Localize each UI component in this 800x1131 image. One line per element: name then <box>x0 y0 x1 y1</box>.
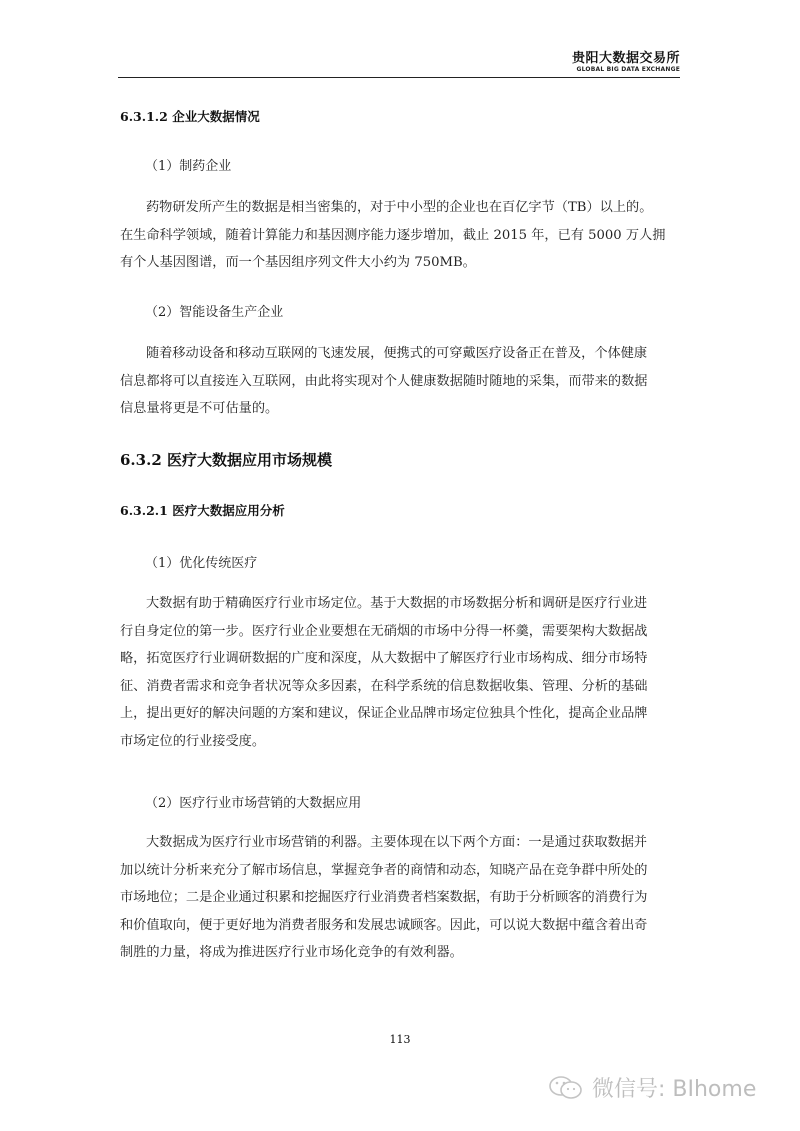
paragraph-line: 和价值取向，便于更好地为消费者服务和发展忠诚顾客。因此，可以说大数据中蕴含着出奇 <box>120 912 680 940</box>
wechat-icon <box>548 1075 584 1101</box>
heading-6-3-2: 6.3.2 医疗大数据应用市场规模 <box>120 449 332 470</box>
paragraph-line: 行自身定位的第一步。医疗行业企业要想在无硝烟的市场中分得一杯羹，需要架构大数据战 <box>120 618 680 646</box>
header-divider <box>118 77 680 78</box>
item-pharma-label: （1）制药企业 <box>145 155 231 174</box>
item-optimize-label: （1）优化传统医疗 <box>145 552 257 571</box>
item-smart-device-label: （2）智能设备生产企业 <box>145 301 283 320</box>
paragraph-line: 加以统计分析来充分了解市场信息，掌握竞争者的商情和动态，知晓产品在竞争群中所处的 <box>120 857 680 885</box>
paragraph-line: 信息都将可以直接连入互联网，由此将实现对个人健康数据随时随地的采集，而带来的数据 <box>120 368 680 396</box>
paragraph-smart-device: 随着移动设备和移动互联网的飞速发展，便携式的可穿戴医疗设备正在普及，个体健康 信… <box>120 340 680 423</box>
logo-chinese-name: 贵阳大数据交易所 <box>572 52 680 66</box>
heading-6-3-1-2: 6.3.1.2 企业大数据情况 <box>120 107 260 125</box>
paragraph-line: 市场地位；二是企业通过积累和挖掘医疗行业消费者档案数据，有助于分析顾客的消费行为 <box>120 884 680 912</box>
paragraph-line: 征、消费者需求和竞争者状况等众多因素，在科学系统的信息数据收集、管理、分析的基础 <box>120 673 680 701</box>
paragraph-line: 制胜的力量，将成为推进医疗行业市场化竞争的有效利器。 <box>120 939 680 967</box>
paragraph-marketing: 大数据成为医疗行业市场营销的利器。主要体现在以下两个方面：一是通过获取数据并 加… <box>120 829 680 967</box>
paragraph-optimize: 大数据有助于精确医疗行业市场定位。基于大数据的市场数据分析和调研是医疗行业进 行… <box>120 590 680 755</box>
paragraph-pharma: 药物研发所产生的数据是相当密集的，对于中小型的企业也在百亿字节（TB）以上的。 … <box>120 194 680 277</box>
paragraph-line: 在生命科学领域，随着计算能力和基因测序能力逐步增加，截止 2015 年，已有 5… <box>120 222 680 250</box>
paragraph-line: 略，拓宽医疗行业调研数据的广度和深度，从大数据中了解医疗行业市场构成、细分市场特 <box>120 645 680 673</box>
watermark-text: 微信号: BIhome <box>592 1072 756 1103</box>
page-number: 113 <box>0 1033 800 1046</box>
paragraph-line: 信息量将更是不可估量的。 <box>120 395 680 423</box>
paragraph-line: 上，提出更好的解决问题的方案和建议，保证企业品牌市场定位独具个性化，提高企业品牌 <box>120 700 680 728</box>
heading-6-3-2-1: 6.3.2.1 医疗大数据应用分析 <box>120 501 285 519</box>
paragraph-line: 有个人基因图谱，而一个基因组序列文件大小约为 750MB。 <box>120 249 680 277</box>
paragraph-line: 随着移动设备和移动互联网的飞速发展，便携式的可穿戴医疗设备正在普及，个体健康 <box>120 340 680 368</box>
paragraph-line: 大数据有助于精确医疗行业市场定位。基于大数据的市场数据分析和调研是医疗行业进 <box>120 590 680 618</box>
paragraph-line: 药物研发所产生的数据是相当密集的，对于中小型的企业也在百亿字节（TB）以上的。 <box>120 194 680 222</box>
exchange-logo: 贵阳大数据交易所 GLOBAL BIG DATA EXCHANGE <box>572 52 680 74</box>
wechat-watermark: 微信号: BIhome <box>548 1072 756 1103</box>
paragraph-line: 大数据成为医疗行业市场营销的利器。主要体现在以下两个方面：一是通过获取数据并 <box>120 829 680 857</box>
logo-english-name: GLOBAL BIG DATA EXCHANGE <box>572 66 680 74</box>
item-marketing-label: （2）医疗行业市场营销的大数据应用 <box>145 792 361 811</box>
paragraph-line: 市场定位的行业接受度。 <box>120 728 680 756</box>
